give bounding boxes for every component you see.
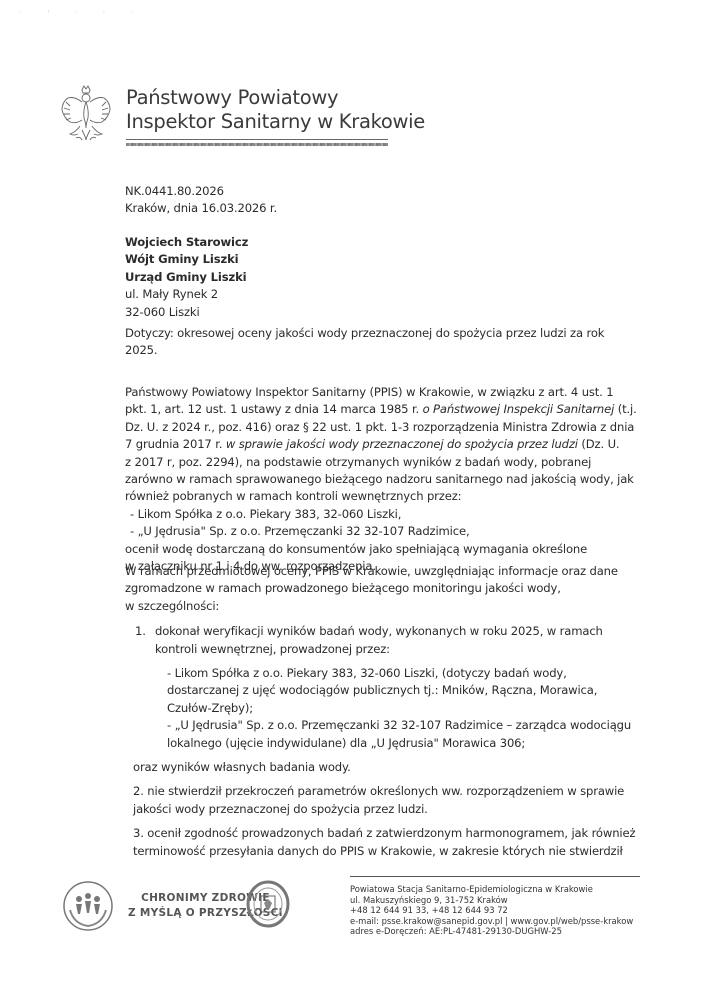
- recipient-street: ul. Mały Rynek 2: [125, 286, 625, 303]
- text-line: oraz wyników własnych badania wody.: [125, 759, 625, 776]
- text-line: 7 grudnia 2017 r. w sprawie jakości wody…: [125, 436, 625, 453]
- numbered-item-2: 2. nie stwierdził przekroczeń parametrów…: [125, 783, 625, 818]
- text-line: zgromadzone w ramach prowadzonego bieżąc…: [125, 580, 625, 597]
- text-span: (Dz. U.: [578, 437, 620, 451]
- header-divider-thick: [126, 143, 388, 146]
- list-item: - „U Jędrusia" Sp. z o.o. Przemęczanki 3…: [125, 523, 625, 540]
- regulation-title: w sprawie jakości wody przeznaczonej do …: [226, 437, 578, 451]
- text-line: zarówno w ramach sprawowanego bieżącego …: [125, 471, 625, 488]
- paragraph-assessment: W ramach przedmiotowej oceny, PPIS w Kra…: [125, 563, 625, 860]
- item-number: 1.: [135, 623, 146, 640]
- subject-line: Dotyczy: okresowej oceny jakości wody pr…: [125, 325, 625, 360]
- footer-email-web: e-mail: psse.krakow@sanepid.gov.pl | www…: [350, 916, 633, 927]
- recipient-address: Wojciech Starowicz Wójt Gminy Liszki Urz…: [125, 234, 625, 321]
- institution-name-line2: Inspektor Sanitarny w Krakowie: [126, 110, 425, 134]
- people-circle-logo-icon: [62, 880, 114, 932]
- text-line: W ramach przedmiotowej oceny, PPIS w Kra…: [125, 563, 625, 580]
- recipient-name: Wojciech Starowicz: [125, 234, 625, 251]
- text-span: pkt. 1, art. 12 ust. 1 ustawy z dnia 14 …: [125, 402, 423, 416]
- text-line: Dz. U. z 2024 r., poz. 416) oraz § 22 us…: [125, 419, 625, 436]
- reference-block: NK.0441.80.2026 Kraków, dnia 16.03.2026 …: [125, 183, 625, 218]
- paragraph-legal-basis: Państwowy Powiatowy Inspektor Sanitarny …: [125, 384, 625, 575]
- text-line: Państwowy Powiatowy Inspektor Sanitarny …: [125, 384, 625, 401]
- text-line: terminowość przesyłania danych do PPIS w…: [133, 843, 625, 860]
- header-divider-thin: [126, 139, 388, 140]
- text-line: lokalnego (ujęcie indywidulane) dla „U J…: [167, 735, 625, 752]
- list-item: - „U Jędrusia" Sp. z o.o. Przemęczanki 3…: [167, 717, 625, 734]
- text-line: również pobranych w ramach kontroli wewn…: [125, 488, 625, 505]
- numbered-item-1: 1. dokonał weryfikacji wyników badań wod…: [125, 623, 625, 658]
- text-line: pkt. 1, art. 12 ust. 1 ustawy z dnia 14 …: [125, 401, 625, 418]
- polish-eagle-emblem-icon: [58, 82, 114, 144]
- numbered-item-3: 3. ocenił zgodność prowadzonych badań z …: [125, 825, 625, 860]
- footer-divider: [350, 876, 640, 877]
- list-item: - Likom Spółka z o.o. Piekary 383, 32-06…: [125, 506, 625, 523]
- footer-phones: +48 12 644 91 33, +48 12 644 93 72: [350, 905, 633, 916]
- text-line: jakości wody przeznaczonej do spożycia p…: [133, 801, 625, 818]
- text-line: dokonał weryfikacji wyników badań wody, …: [155, 623, 625, 640]
- inspection-seal-icon: [246, 880, 290, 928]
- recipient-postal: 32-060 Liszki: [125, 304, 625, 321]
- scan-artifacts: · ' · ' ·: [20, 10, 145, 17]
- subject-text-line: Dotyczy: okresowej oceny jakości wody pr…: [125, 325, 625, 342]
- recipient-position: Wójt Gminy Liszki: [125, 251, 625, 268]
- text-line: z 2017 r, poz. 2294), na podstawie otrzy…: [125, 454, 625, 471]
- institution-name-line1: Państwowy Powiatowy: [126, 86, 425, 110]
- text-line: 2. nie stwierdził przekroczeń parametrów…: [133, 783, 625, 800]
- text-line: dostarczanej z ujęć wodociągów publiczny…: [167, 682, 625, 699]
- text-line: 3. ocenił zgodność prowadzonych badań z …: [133, 825, 625, 842]
- footer-contact-info: Powiatowa Stacja Sanitarno-Epidemiologic…: [350, 884, 633, 937]
- list-item: - Likom Spółka z o.o. Piekary 383, 32-06…: [167, 665, 625, 682]
- subject-text-line: 2025.: [125, 342, 625, 359]
- footer-edelivery-address: adres e-Doręczeń: AE:PL-47481-29130-DUGH…: [350, 926, 633, 937]
- text-line: ocenił wodę dostarczaną do konsumentów j…: [125, 541, 625, 558]
- footer-address: ul. Makuszyńskiego 9, 31-752 Kraków: [350, 895, 633, 906]
- text-line: kontroli wewnętrznej, prowadzonej przez:: [155, 641, 625, 658]
- footer-org-name: Powiatowa Stacja Sanitarno-Epidemiologic…: [350, 884, 633, 895]
- place-date: Kraków, dnia 16.03.2026 r.: [125, 200, 625, 217]
- text-line: w szczególności:: [125, 598, 625, 615]
- text-span: (t.j.: [614, 402, 636, 416]
- institution-name: Państwowy Powiatowy Inspektor Sanitarny …: [126, 86, 425, 134]
- recipient-office: Urząd Gminy Liszki: [125, 269, 625, 286]
- text-span: 7 grudnia 2017 r.: [125, 437, 226, 451]
- case-number: NK.0441.80.2026: [125, 183, 625, 200]
- text-line: Czułów-Zręby);: [167, 700, 625, 717]
- act-title: o Państwowej Inspekcji Sanitarnej: [423, 402, 615, 416]
- sub-list: - Likom Spółka z o.o. Piekary 383, 32-06…: [125, 665, 625, 752]
